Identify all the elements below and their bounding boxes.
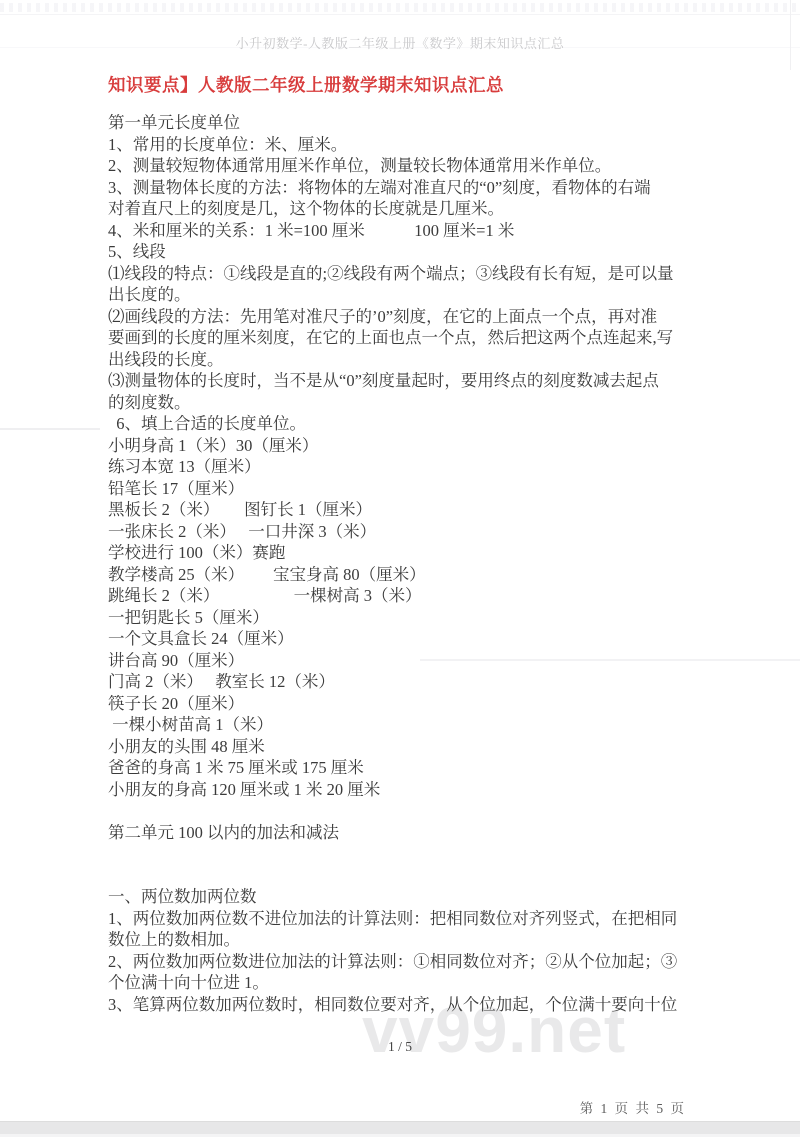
- text-line: 2、测量较短物体通常用厘米作单位，测量较长物体通常用米作单位。: [108, 155, 718, 177]
- document-title: 知识要点】人教版二年级上册数学期末知识点汇总: [108, 72, 748, 97]
- text-line: 学校进行 100（米）赛跑: [108, 542, 718, 564]
- scan-artifact-line: [0, 14, 800, 15]
- text-line: 门高 2（米） 教室长 12（米）: [108, 671, 718, 693]
- text-line: [108, 865, 718, 887]
- text-line: 一把钥匙长 5（厘米）: [108, 607, 718, 629]
- scan-texture: [0, 3, 800, 12]
- text-line: 练习本宽 13（厘米）: [108, 456, 718, 478]
- text-line: 第一单元长度单位: [108, 112, 718, 134]
- text-line: ⑴线段的特点：①线段是直的;②线段有两个端点；③线段有长有短，是可以量: [108, 263, 718, 285]
- text-line: 出长度的。: [108, 284, 718, 306]
- text-line: 3、笔算两位数加两位数时，相同数位要对齐，从个位加起，个位满十要向十位: [108, 994, 718, 1016]
- text-line: 小明身高 1（米）30（厘米）: [108, 435, 718, 457]
- text-line: 对着直尺上的刻度是几，这个物体的长度就是几厘米。: [108, 198, 718, 220]
- text-line: 5、线段: [108, 241, 718, 263]
- page-header-title: 小升初数学-人教版二年级上册《数学》期末知识点汇总: [0, 33, 800, 52]
- text-line: 小朋友的头围 48 厘米: [108, 736, 718, 758]
- document-page: 小升初数学-人教版二年级上册《数学》期末知识点汇总 知识要点】人教版二年级上册数…: [0, 0, 800, 1137]
- text-line: 一个文具盒长 24（厘米）: [108, 628, 718, 650]
- text-line: 出线段的长度。: [108, 349, 718, 371]
- text-line: 黑板长 2（米） 图钉长 1（厘米）: [108, 499, 718, 521]
- page-bottom-edge: [0, 1121, 800, 1134]
- text-line: ⑵画线段的方法：先用笔对准尺子的’0”刻度，在它的上面点一个点，再对准: [108, 306, 718, 328]
- text-line: 筷子长 20（厘米）: [108, 693, 718, 715]
- text-line: 跳绳长 2（米） 一棵树高 3（米）: [108, 585, 718, 607]
- text-line: 数位上的数相加。: [108, 929, 718, 951]
- page-number-center: 1 / 5: [0, 1039, 800, 1055]
- text-line: 1、两位数加两位数不进位加法的计算法则：把相同数位对齐列竖式，在把相同: [108, 908, 718, 930]
- text-line: 3、测量物体长度的方法：将物体的左端对准直尺的“0”刻度，看物体的右端: [108, 177, 718, 199]
- text-line: 一、两位数加两位数: [108, 886, 718, 908]
- text-line: ⑶测量物体的长度时，当不是从“0”刻度量起时，要用终点的刻度数减去起点: [108, 370, 718, 392]
- footer-page-label: 第 1 页 共 5 页: [580, 1097, 686, 1117]
- text-line: 小朋友的身高 120 厘米或 1 米 20 厘米: [108, 779, 718, 801]
- text-line: 讲台高 90（厘米）: [108, 650, 718, 672]
- text-line: 第二单元 100 以内的加法和减法: [108, 822, 718, 844]
- text-line: 一棵小树苗高 1（米）: [108, 714, 718, 736]
- text-line: 2、两位数加两位数进位加法的计算法则：①相同数位对齐；②从个位加起；③: [108, 951, 718, 973]
- text-line: [108, 843, 718, 865]
- text-line: 个位满十向十位进 1。: [108, 972, 718, 994]
- text-line: 4、米和厘米的关系：1 米=100 厘米 100 厘米=1 米: [108, 220, 718, 242]
- scan-artifact-line: [0, 428, 100, 430]
- text-line: 的刻度数。: [108, 392, 718, 414]
- text-line: 要画到的长度的厘米刻度，在它的上面也点一个点，然后把这两个点连起来,写: [108, 327, 718, 349]
- text-line: 教学楼高 25（米） 宝宝身高 80（厘米）: [108, 564, 718, 586]
- text-line: 6、填上合适的长度单位。: [108, 413, 718, 435]
- text-line: 爸爸的身高 1 米 75 厘米或 175 厘米: [108, 757, 718, 779]
- text-line: 一张床长 2（米） 一口井深 3（米）: [108, 521, 718, 543]
- text-line: [108, 800, 718, 822]
- document-body: 第一单元长度单位1、常用的长度单位：米、厘米。2、测量较短物体通常用厘米作单位，…: [108, 112, 718, 1015]
- text-line: 1、常用的长度单位：米、厘米。: [108, 134, 718, 156]
- text-line: 铅笔长 17（厘米）: [108, 478, 718, 500]
